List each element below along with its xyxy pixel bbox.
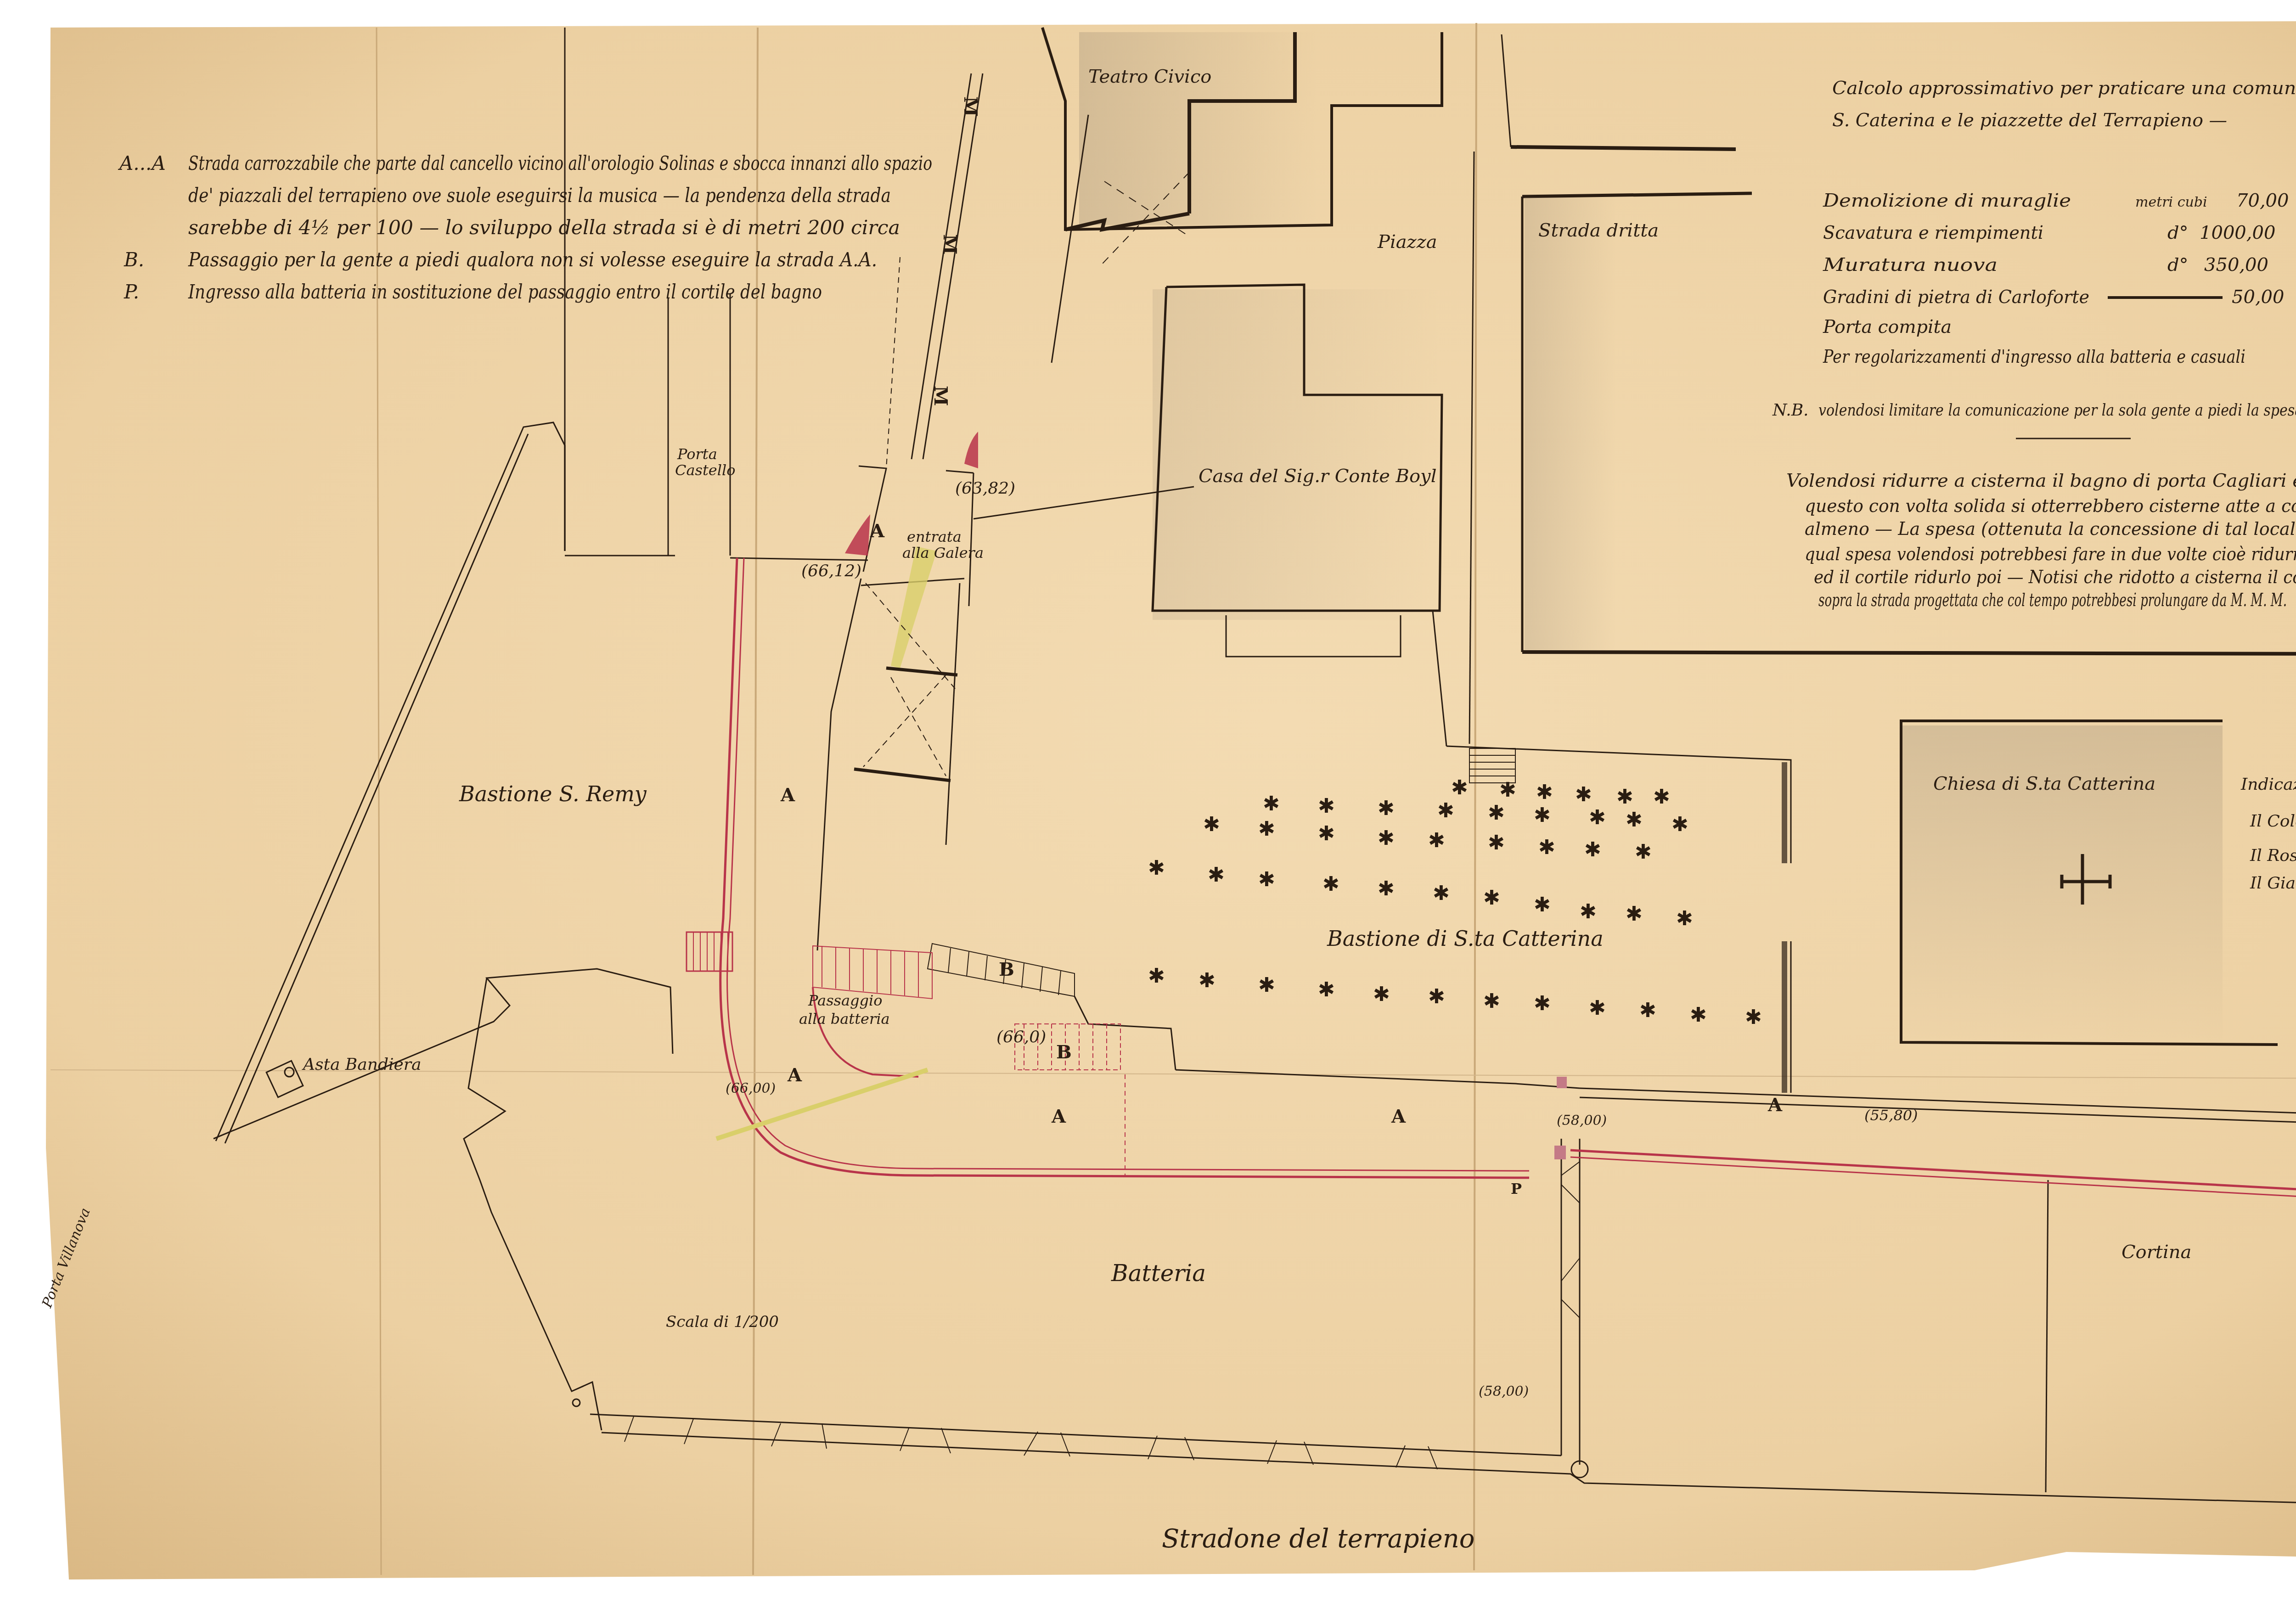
label-cortina: Cortina [2122,1242,2191,1263]
map-sheet: ✱✱✱✱✱✱ ✱✱✱✱✱✱✱✱✱ ✱✱✱✱✱✱✱✱✱ ✱✱✱✱✱✱✱✱✱✱✱ ✱… [0,0,2296,1602]
cost-row-item: Demolizione di muraglie [1823,190,2071,211]
letter-a: A [1051,1106,1066,1127]
elevation-label: (58,00) [1479,1383,1529,1400]
legend-p-text: Ingresso alla batteria in sostituzione d… [188,281,822,303]
colour-key-title: Indicazione dei Colori [2240,775,2296,794]
label-strada-dritta: Strada dritta [1538,220,1659,241]
letter-p: P [1511,1180,1522,1197]
elevation-label: (58,00) [1557,1113,1607,1129]
note-line: qual spesa volendosi potrebbesi fare in … [1805,544,2296,565]
letter-a: A [787,1064,802,1086]
cost-row-qty: 70,00 [2236,190,2289,211]
legend-b-key: B. [124,248,144,271]
label-porta-castello: Castello [675,461,736,479]
nb-text: volendosi limitare la comunicazione per … [1818,401,2296,420]
label-casa-boyl: Casa del Sig.r Conte Boyl [1199,466,1436,487]
elevation-label: (63,82) [955,479,1015,498]
label-scala: Scala di 1/200 [666,1313,779,1331]
letter-a: A [1767,1094,1783,1116]
annotations-layer: A...A Strada carrozzabile che parte dal … [0,0,2296,1602]
label-stradone: Stradone del terrapieno [1162,1524,1475,1554]
elevation-label: (66,00) [726,1080,776,1096]
label-bastione-remy: Bastione S. Remy [459,781,647,806]
cost-row-item: Gradini di pietra di Carloforte [1823,287,2089,308]
elevation-label: (66,0) [996,1028,1046,1046]
label-porta-castello: Porta [677,445,717,463]
colour-key: Indicazione dei Colori Il Color nero ind… [2240,775,2296,893]
letter-a: A [870,520,885,542]
cost-row-qty: 50,00 [2232,287,2285,308]
note-line: almeno — La spesa (ottenuta la concessio… [1805,518,2296,540]
letter-b: B [999,959,1014,980]
letter-m: M [960,96,981,117]
elevation-label: (66,12) [801,562,861,580]
nb-key: N.B. [1772,401,1809,420]
colour-key-item: Il Giallo demolizione [2250,874,2296,893]
note-line: Volendosi ridurre a cisterna il bagno di… [1786,470,2296,491]
cost-row-unit: metri cubi [2135,194,2207,210]
cost-row-unit: d° [2167,254,2189,275]
letter-a: A [780,784,795,806]
note-line: sopra la strada progettata che col tempo… [1818,590,2287,611]
legend-a-key: A...A [118,152,166,174]
legend-p-key: P. [124,281,139,303]
cost-row-qty: 1000,00 [2200,222,2275,243]
label-bastione-caterina: Bastione di S.ta Catterina [1327,926,1604,951]
legend-a-line2: de' piazzali del terrapieno ove suole es… [188,184,891,207]
cost-row-item: Per regolarizzamenti d'ingresso alla bat… [1823,346,2245,367]
colour-key-item: Il Rosso progetto a costruirsi [2250,846,2296,865]
note-line: ed il cortile ridurlo poi — Notisi che r… [1814,567,2296,588]
label-piazza: Piazza [1377,231,1437,253]
cost-row-qty: 350,00 [2204,254,2268,275]
legend-a-line3: sarebbe di 4½ per 100 — lo sviluppo dell… [188,216,900,239]
label-passaggio: Passaggio [808,992,883,1009]
legend-a-line1: Strada carrozzabile che parte dal cancel… [188,152,932,174]
cost-row-item: Porta compita [1823,316,1952,337]
label-passaggio: alla batteria [799,1010,890,1028]
cost-title-1: Calcolo approssimativo per praticare una… [1832,78,2296,99]
label-asta-bandiera: Asta Bandiera [302,1055,421,1074]
legend-notes: A...A Strada carrozzabile che parte dal … [118,152,932,303]
colour-key-item: Il Color nero indica l'esistente [2250,812,2296,831]
label-entrata: entrata [907,528,962,545]
cost-row-unit: d° [2167,222,2189,243]
elevation-label: (55,80) [1864,1107,1918,1124]
cistern-note: Volendosi ridurre a cisterna il bagno di… [1786,470,2296,611]
label-porta-villanova: Porta Villanova [39,1206,94,1310]
elevation-labels: (63,82) (66,12) (66,0) (66,00) (58,00) (… [726,479,2296,1496]
label-chiesa: Chiesa di S.ta Catterina [1933,773,2155,794]
letter-b: B [1056,1041,1072,1063]
cost-row-item: Muratura nuova [1823,254,1998,275]
label-entrata: alla Galera [902,544,984,562]
label-batteria: Batteria [1111,1260,1206,1287]
label-teatro: Teatro Civico [1088,66,1211,87]
letter-m: M [930,386,951,406]
note-line: questo con volta solida si otterrebbero … [1805,495,2296,517]
legend-b-text: Passaggio per la gente a piedi qualora n… [188,248,877,271]
letter-m: M [939,234,961,254]
cost-estimate: Calcolo approssimativo per praticare una… [1772,78,2296,438]
cost-row-item: Scavatura e riempimenti [1823,222,2043,243]
letter-a: A [1391,1106,1406,1127]
cost-title-2: S. Caterina e le piazzette del Terrapien… [1832,110,2227,131]
